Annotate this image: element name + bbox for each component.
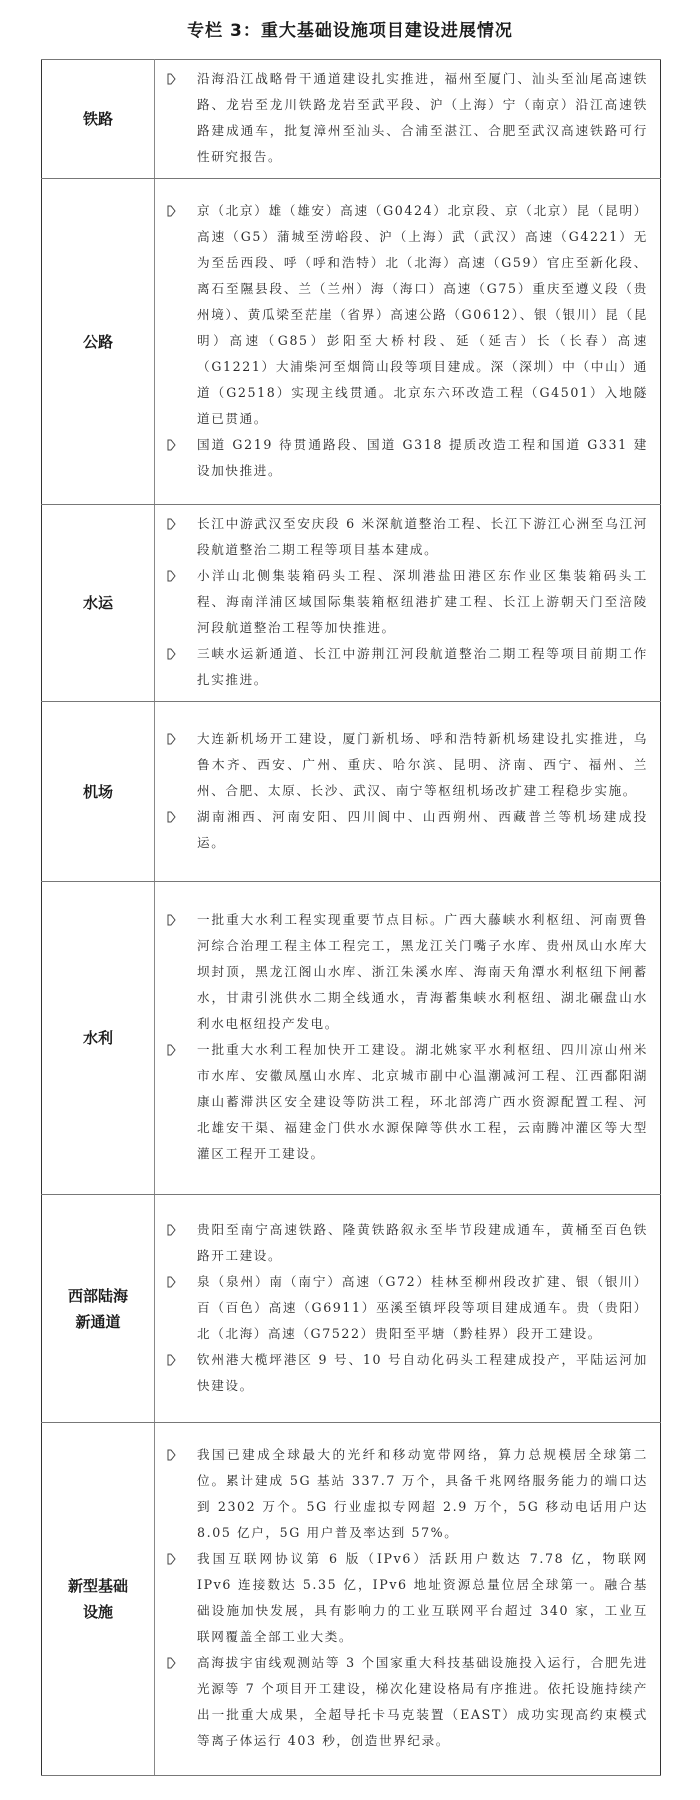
item-text: 泉（泉州）南（南宁）高速（G72）桂林至柳州段改扩建、银（银川）百（百色）高速（… xyxy=(197,1269,648,1347)
item-text: 大连新机场开工建设，厦门新机场、呼和浩特新机场建设扎实推进，乌鲁木齐、西安、广州… xyxy=(197,726,648,804)
list-item: 贵阳至南宁高速铁路、隆黄铁路叙永至毕节段建成通车，黄桶至百色铁路开工建设。 xyxy=(167,1217,648,1269)
list-item: 我国已建成全球最大的光纤和移动宽带网络，算力总规模居全球第二位。累计建成 5G … xyxy=(167,1442,648,1546)
open-arrow-bullet-icon xyxy=(167,907,197,926)
category-label-line: 西部陆海 xyxy=(48,1283,148,1309)
list-item: 泉（泉州）南（南宁）高速（G72）桂林至柳州段改扩建、银（银川）百（百色）高速（… xyxy=(167,1269,648,1347)
table-row-water-conservancy: 水利 一批重大水利工程实现重要节点目标。广西大藤峡水利枢纽、河南贾鲁河综合治理工… xyxy=(42,882,661,1195)
list-item: 湖南湘西、河南安阳、四川阆中、山西朔州、西藏普兰等机场建成投运。 xyxy=(167,804,648,856)
category-label-line: 新通道 xyxy=(48,1309,148,1335)
category-label-line: 新型基础 xyxy=(48,1573,148,1599)
category-label: 水运 xyxy=(83,594,113,612)
content-cell: 京（北京）雄（雄安）高速（G0424）北京段、京（北京）昆（昆明）高速（G5）蒲… xyxy=(155,179,661,505)
open-arrow-bullet-icon xyxy=(167,1269,197,1288)
item-text: 长江中游武汉至安庆段 6 米深航道整治工程、长江下游江心洲至乌江河段航道整治二期… xyxy=(197,511,648,563)
list-item: 长江中游武汉至安庆段 6 米深航道整治工程、长江下游江心洲至乌江河段航道整治二期… xyxy=(167,511,648,563)
item-text: 我国已建成全球最大的光纤和移动宽带网络，算力总规模居全球第二位。累计建成 5G … xyxy=(197,1442,648,1546)
category-label-line: 设施 xyxy=(48,1599,148,1625)
category-cell: 水利 xyxy=(42,882,155,1195)
list-item: 一批重大水利工程实现重要节点目标。广西大藤峡水利枢纽、河南贾鲁河综合治理工程主体… xyxy=(167,907,648,1037)
content-cell: 沿海沿江战略骨干通道建设扎实推进，福州至厦门、汕头至汕尾高速铁路、龙岩至龙川铁路… xyxy=(155,60,661,179)
open-arrow-bullet-icon xyxy=(167,198,197,217)
open-arrow-bullet-icon xyxy=(167,1442,197,1461)
item-text: 小洋山北侧集装箱码头工程、深圳港盐田港区东作业区集装箱码头工程、海南洋浦区域国际… xyxy=(197,563,648,641)
open-arrow-bullet-icon xyxy=(167,1347,197,1366)
table-row-new-infrastructure: 新型基础 设施 我国已建成全球最大的光纤和移动宽带网络，算力总规模居全球第二位。… xyxy=(42,1423,661,1776)
item-text: 钦州港大榄坪港区 9 号、10 号自动化码头工程建成投产，平陆运河加快建设。 xyxy=(197,1347,648,1399)
list-item: 一批重大水利工程加快开工建设。湖北姚家平水利枢纽、四川凉山州米市水库、安徽凤凰山… xyxy=(167,1037,648,1167)
table-row-waterway: 水运 长江中游武汉至安庆段 6 米深航道整治工程、长江下游江心洲至乌江河段航道整… xyxy=(42,505,661,702)
category-label: 铁路 xyxy=(83,110,113,128)
category-cell: 水运 xyxy=(42,505,155,702)
page-title: 专栏 3：重大基础设施项目建设进展情况 xyxy=(0,16,700,41)
content-cell: 长江中游武汉至安庆段 6 米深航道整治工程、长江下游江心洲至乌江河段航道整治二期… xyxy=(155,505,661,702)
open-arrow-bullet-icon xyxy=(167,726,197,745)
open-arrow-bullet-icon xyxy=(167,1037,197,1056)
item-text: 京（北京）雄（雄安）高速（G0424）北京段、京（北京）昆（昆明）高速（G5）蒲… xyxy=(197,198,648,432)
item-text: 我国互联网协议第 6 版（IPv6）活跃用户数达 7.78 亿，物联网 IPv6… xyxy=(197,1546,648,1650)
item-text: 高海拔宇宙线观测站等 3 个国家重大科技基础设施投入运行，合肥先进光源等 7 个… xyxy=(197,1650,648,1754)
open-arrow-bullet-icon xyxy=(167,641,197,660)
category-label: 公路 xyxy=(83,333,113,351)
item-text: 一批重大水利工程加快开工建设。湖北姚家平水利枢纽、四川凉山州米市水库、安徽凤凰山… xyxy=(197,1037,648,1167)
list-item: 小洋山北侧集装箱码头工程、深圳港盐田港区东作业区集装箱码头工程、海南洋浦区域国际… xyxy=(167,563,648,641)
item-text: 一批重大水利工程实现重要节点目标。广西大藤峡水利枢纽、河南贾鲁河综合治理工程主体… xyxy=(197,907,648,1037)
category-cell: 新型基础 设施 xyxy=(42,1423,155,1776)
open-arrow-bullet-icon xyxy=(167,1217,197,1236)
item-text: 沿海沿江战略骨干通道建设扎实推进，福州至厦门、汕头至汕尾高速铁路、龙岩至龙川铁路… xyxy=(197,66,648,170)
open-arrow-bullet-icon xyxy=(167,1546,197,1565)
table-row-western-land-sea-corridor: 西部陆海 新通道 贵阳至南宁高速铁路、隆黄铁路叙永至毕节段建成通车，黄桶至百色铁… xyxy=(42,1195,661,1423)
open-arrow-bullet-icon xyxy=(167,432,197,451)
category-label: 机场 xyxy=(83,783,113,801)
list-item: 国道 G219 待贯通路段、国道 G318 提质改造工程和国道 G331 建设加… xyxy=(167,432,648,484)
open-arrow-bullet-icon xyxy=(167,804,197,823)
list-item: 三峡水运新通道、长江中游荆江河段航道整治二期工程等项目前期工作扎实推进。 xyxy=(167,641,648,693)
table-row-railway: 铁路 沿海沿江战略骨干通道建设扎实推进，福州至厦门、汕头至汕尾高速铁路、龙岩至龙… xyxy=(42,60,661,179)
category-cell: 西部陆海 新通道 xyxy=(42,1195,155,1423)
table-row-highway: 公路 京（北京）雄（雄安）高速（G0424）北京段、京（北京）昆（昆明）高速（G… xyxy=(42,179,661,505)
item-text: 国道 G219 待贯通路段、国道 G318 提质改造工程和国道 G331 建设加… xyxy=(197,432,648,484)
content-cell: 大连新机场开工建设，厦门新机场、呼和浩特新机场建设扎实推进，乌鲁木齐、西安、广州… xyxy=(155,702,661,882)
category-cell: 铁路 xyxy=(42,60,155,179)
open-arrow-bullet-icon xyxy=(167,511,197,530)
list-item: 沿海沿江战略骨干通道建设扎实推进，福州至厦门、汕头至汕尾高速铁路、龙岩至龙川铁路… xyxy=(167,66,648,170)
list-item: 京（北京）雄（雄安）高速（G0424）北京段、京（北京）昆（昆明）高速（G5）蒲… xyxy=(167,198,648,432)
item-text: 湖南湘西、河南安阳、四川阆中、山西朔州、西藏普兰等机场建成投运。 xyxy=(197,804,648,856)
content-cell: 我国已建成全球最大的光纤和移动宽带网络，算力总规模居全球第二位。累计建成 5G … xyxy=(155,1423,661,1776)
content-cell: 一批重大水利工程实现重要节点目标。广西大藤峡水利枢纽、河南贾鲁河综合治理工程主体… xyxy=(155,882,661,1195)
category-cell: 公路 xyxy=(42,179,155,505)
open-arrow-bullet-icon xyxy=(167,1650,197,1669)
item-text: 贵阳至南宁高速铁路、隆黄铁路叙永至毕节段建成通车，黄桶至百色铁路开工建设。 xyxy=(197,1217,648,1269)
table-row-airport: 机场 大连新机场开工建设，厦门新机场、呼和浩特新机场建设扎实推进，乌鲁木齐、西安… xyxy=(42,702,661,882)
list-item: 大连新机场开工建设，厦门新机场、呼和浩特新机场建设扎实推进，乌鲁木齐、西安、广州… xyxy=(167,726,648,804)
open-arrow-bullet-icon xyxy=(167,66,197,85)
category-cell: 机场 xyxy=(42,702,155,882)
content-cell: 贵阳至南宁高速铁路、隆黄铁路叙永至毕节段建成通车，黄桶至百色铁路开工建设。 泉（… xyxy=(155,1195,661,1423)
item-text: 三峡水运新通道、长江中游荆江河段航道整治二期工程等项目前期工作扎实推进。 xyxy=(197,641,648,693)
open-arrow-bullet-icon xyxy=(167,563,197,582)
infrastructure-progress-table: 铁路 沿海沿江战略骨干通道建设扎实推进，福州至厦门、汕头至汕尾高速铁路、龙岩至龙… xyxy=(41,59,661,1776)
list-item: 钦州港大榄坪港区 9 号、10 号自动化码头工程建成投产，平陆运河加快建设。 xyxy=(167,1347,648,1399)
category-label: 水利 xyxy=(83,1029,113,1047)
list-item: 高海拔宇宙线观测站等 3 个国家重大科技基础设施投入运行，合肥先进光源等 7 个… xyxy=(167,1650,648,1754)
list-item: 我国互联网协议第 6 版（IPv6）活跃用户数达 7.78 亿，物联网 IPv6… xyxy=(167,1546,648,1650)
